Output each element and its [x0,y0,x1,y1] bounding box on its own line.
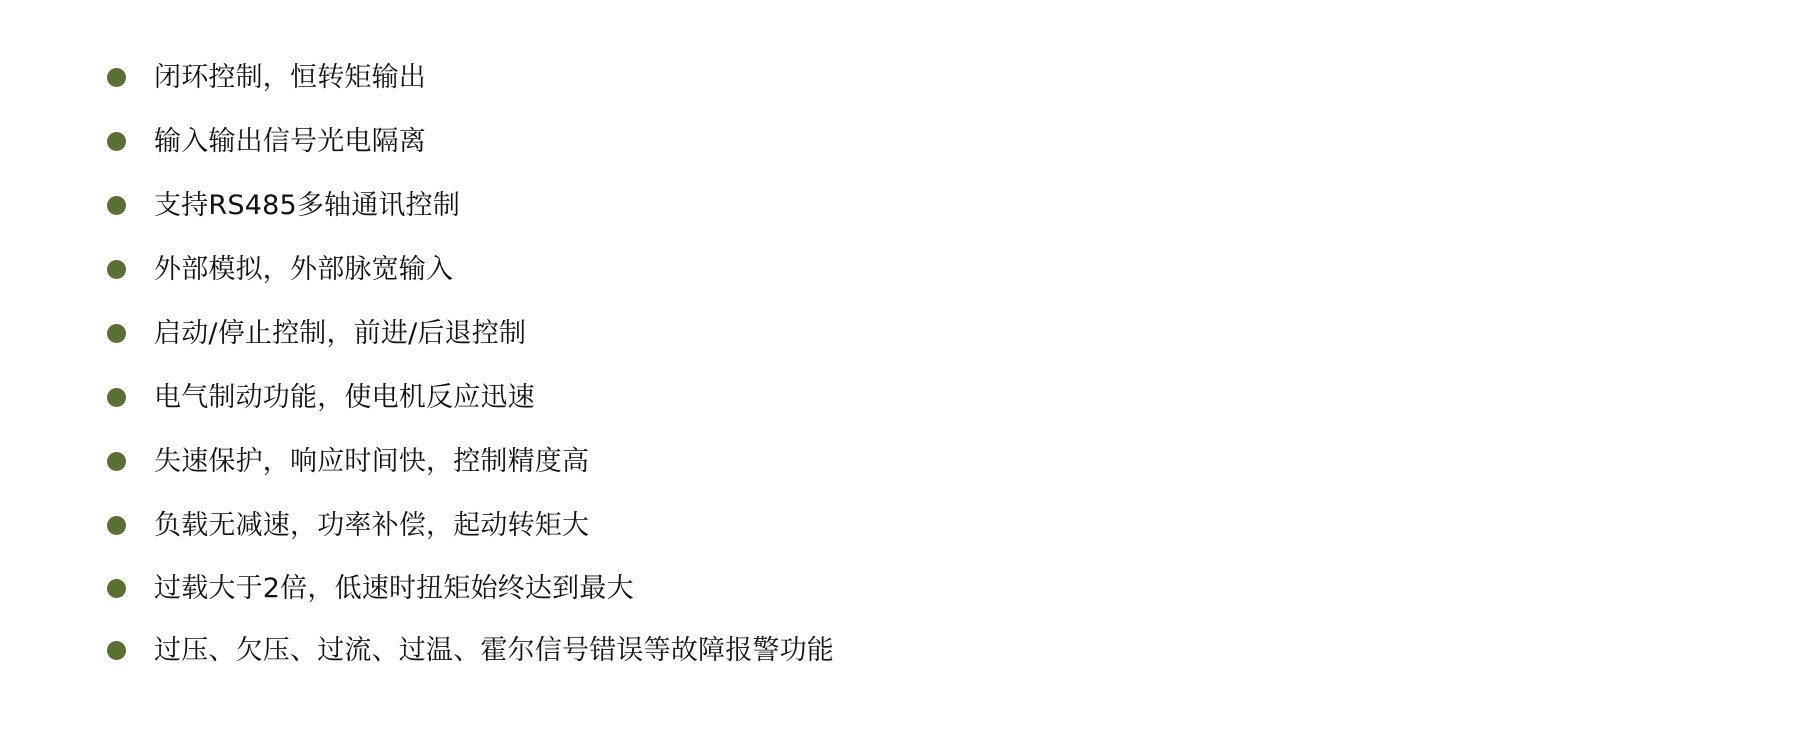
feature-text: 电气制动功能，使电机反应迅速 [154,378,535,418]
bullet-icon [107,324,126,343]
list-item: 失速保护，响应时间快，控制精度高 [0,442,1000,482]
list-item: 闭环控制，恒转矩输出 [0,58,1000,98]
bullet-icon [107,388,126,407]
feature-text: 输入输出信号光电隔离 [154,122,426,162]
list-item: 过载大于2倍，低速时扭矩始终达到最大 [0,569,1000,609]
feature-text: 支持RS485多轴通讯控制 [154,186,460,226]
feature-text: 过压、欠压、过流、过温、霍尔信号错误等故障报警功能 [154,631,834,671]
feature-text: 启动/停止控制，前进/后退控制 [154,314,526,354]
list-item: 电气制动功能，使电机反应迅速 [0,378,1000,418]
feature-text: 负载无减速，功率补偿，起动转矩大 [154,506,589,546]
list-item: 外部模拟，外部脉宽输入 [0,250,1000,290]
bullet-icon [107,452,126,471]
list-item: 支持RS485多轴通讯控制 [0,186,1000,226]
feature-text: 过载大于2倍，低速时扭矩始终达到最大 [154,569,634,609]
bullet-icon [107,260,126,279]
list-item: 输入输出信号光电隔离 [0,122,1000,162]
bullet-icon [107,579,126,598]
feature-text: 闭环控制，恒转矩输出 [154,58,426,98]
list-item: 启动/停止控制，前进/后退控制 [0,314,1000,354]
feature-list: 闭环控制，恒转矩输出 输入输出信号光电隔离 支持RS485多轴通讯控制 外部模拟… [0,0,1800,731]
list-item: 负载无减速，功率补偿，起动转矩大 [0,506,1000,546]
list-item: 过压、欠压、过流、过温、霍尔信号错误等故障报警功能 [0,631,1000,671]
feature-text: 失速保护，响应时间快，控制精度高 [154,442,589,482]
bullet-icon [107,132,126,151]
feature-text: 外部模拟，外部脉宽输入 [154,250,453,290]
bullet-icon [107,196,126,215]
bullet-icon [107,68,126,87]
bullet-icon [107,516,126,535]
bullet-icon [107,641,126,660]
